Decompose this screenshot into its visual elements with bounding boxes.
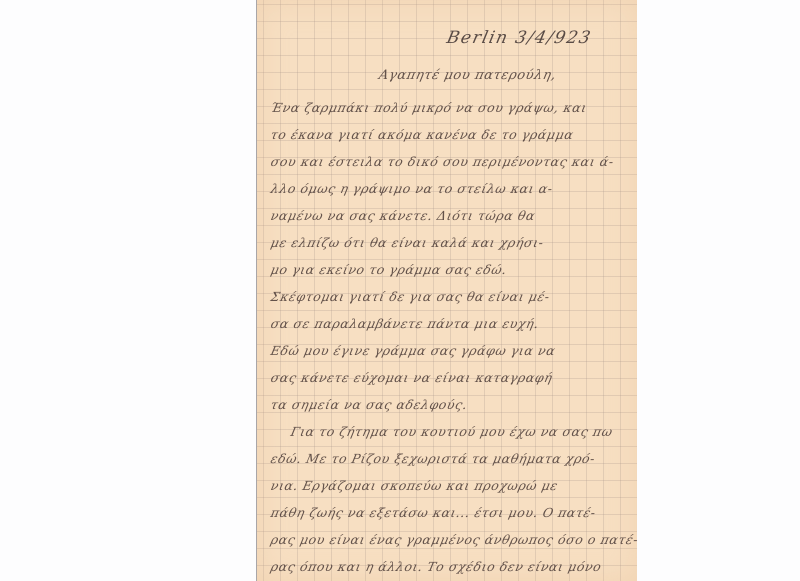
letter-line: Σκέφτομαι γιατί δε για σας θα είναι μέ-: [269, 289, 551, 304]
letter-line: ρας όπου και η άλλοι. Το σχέδιο δεν είνα…: [269, 559, 603, 574]
letter-line: Ένα ζαρμπάκι πολύ μικρό να σου γράψω, κα…: [269, 100, 588, 115]
letter-line: μο για εκείνο το γράμμα σας εδώ.: [269, 262, 508, 277]
letter-line: το έκανα γιατί ακόμα κανένα δε το γράμμα: [269, 127, 575, 142]
scanned-page: Berlin 3/4/923 Αγαπητέ μου πατερούλη, Έν…: [0, 0, 800, 581]
letter-line: τα σημεία να σας αδελφούς.: [269, 397, 469, 412]
letter-line: ρας μου είναι ένας γραμμένος άνθρωπος όσ…: [269, 532, 640, 547]
letter-line: Για το ζήτημα του κουτιού μου έχω να σας…: [289, 424, 614, 439]
letter-line: πάθη ζωής να εξετάσω και... έτσι μου. Ο …: [269, 505, 597, 520]
letter-line: με ελπίζω ότι θα είναι καλά και χρήσι-: [269, 235, 545, 250]
letter-line: ναμένω να σας κάνετε. Διότι τώρα θα: [269, 208, 536, 223]
salutation: Αγαπητέ μου πατερούλη,: [377, 68, 557, 83]
letter-paper: Berlin 3/4/923 Αγαπητέ μου πατερούλη, Έν…: [256, 0, 637, 581]
letter-line: σου και έστειλα το δικό σου περιμένοντας…: [269, 154, 615, 169]
letter-line: λλο όμως η γράψιμο να το στείλω και α-: [269, 181, 554, 196]
letter-line: Εδώ μου έγινε γράμμα σας γράφω για να: [269, 343, 557, 358]
letter-line: νια. Εργάζομαι σκοπεύω και προχωρώ με: [269, 478, 559, 493]
letter-line: εδώ. Με το Ρίζου ξεχωριστά τα μαθήματα χ…: [269, 451, 596, 466]
letter-line: σας κάνετε εύχομαι να είναι καταγραφή: [269, 370, 554, 385]
place-date: Berlin 3/4/923: [445, 28, 594, 48]
letter-line: σα σε παραλαμβάνετε πάντα μια ευχή.: [269, 316, 540, 331]
